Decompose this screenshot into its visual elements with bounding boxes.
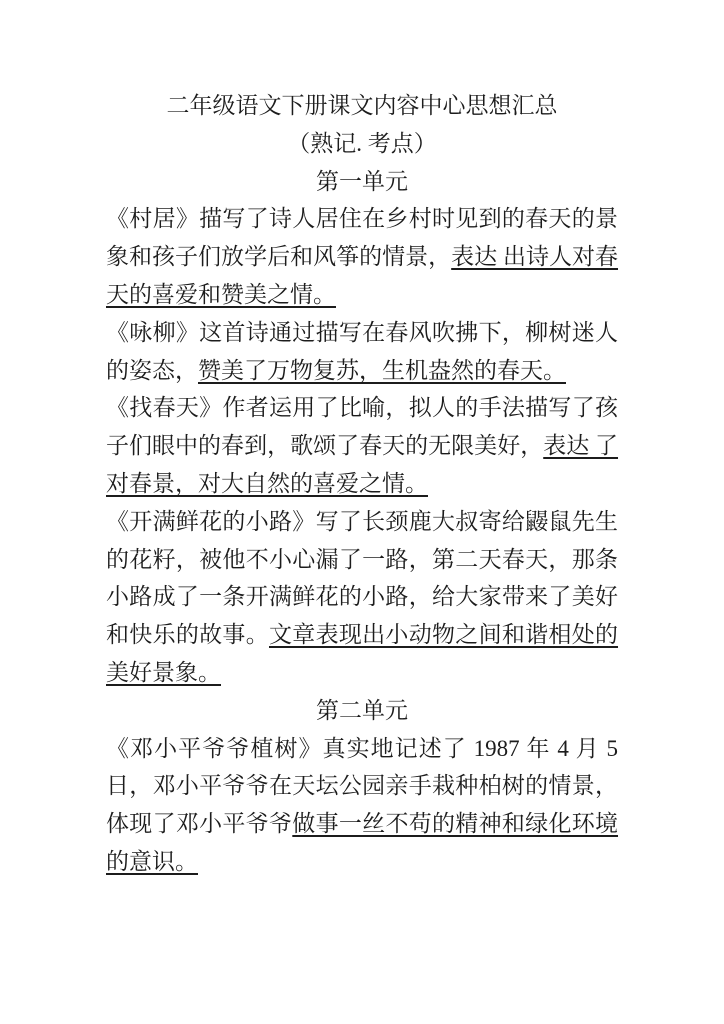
document-subtitle: （熟记. 考点）: [106, 125, 618, 163]
underlined-segment: 赞美了万物复苏，生机盎然的春天。: [198, 358, 566, 383]
document-title: 二年级语文下册课文内容中心思想汇总: [106, 87, 618, 125]
paragraph: 《找春天》作者运用了比喻，拟人的手法描写了孩子们眼中的春到，歌颂了春天的无限美好…: [106, 389, 618, 502]
document-page: 二年级语文下册课文内容中心思想汇总 （熟记. 考点） 第一单元《村居》描写了诗人…: [0, 0, 724, 1024]
document-sections: 第一单元《村居》描写了诗人居住在乡村时见到的春天的景象和孩子们放学后和风筝的情景…: [106, 163, 618, 881]
section-heading: 第二单元: [106, 692, 618, 730]
paragraph: 《开满鲜花的小路》写了长颈鹿大叔寄给鼹鼠先生的花籽，被他不小心漏了一路，第二天春…: [106, 503, 618, 692]
text-segment: 《找春天》作者运用了比喻，拟人的手法描写了孩子们眼中的春到，歌颂了春天的无限美好…: [106, 395, 618, 458]
paragraph: 《咏柳》这首诗通过描写在春风吹拂下，柳树迷人的姿态，赞美了万物复苏，生机盎然的春…: [106, 314, 618, 390]
section-heading: 第一单元: [106, 163, 618, 201]
paragraph: 《邓小平爷爷植树》真实地记述了 1987 年 4 月 5 日，邓小平爷爷在天坛公…: [106, 730, 618, 881]
paragraph: 《村居》描写了诗人居住在乡村时见到的春天的景象和孩子们放学后和风筝的情景，表达 …: [106, 200, 618, 313]
section: 第二单元《邓小平爷爷植树》真实地记述了 1987 年 4 月 5 日，邓小平爷爷…: [106, 692, 618, 881]
document-content: 二年级语文下册课文内容中心思想汇总 （熟记. 考点） 第一单元《村居》描写了诗人…: [106, 87, 618, 881]
section: 第一单元《村居》描写了诗人居住在乡村时见到的春天的景象和孩子们放学后和风筝的情景…: [106, 163, 618, 692]
